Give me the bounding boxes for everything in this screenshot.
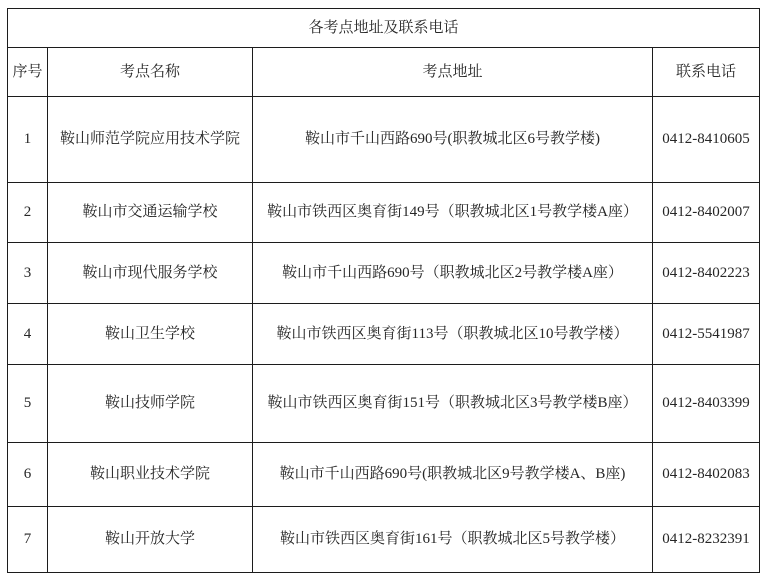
cell-phone: 0412-8232391 (653, 507, 760, 573)
cell-address: 鞍山市千山西路690号(职教城北区6号教学楼) (253, 97, 653, 183)
cell-address: 鞍山市铁西区奥育街151号（职教城北区3号教学楼B座） (253, 365, 653, 443)
table-title: 各考点地址及联系电话 (8, 9, 760, 48)
cell-site-name: 鞍山职业技术学院 (48, 443, 253, 507)
col-header-name: 考点名称 (48, 48, 253, 97)
table-header-row: 序号 考点名称 考点地址 联系电话 (8, 48, 760, 97)
cell-site-name: 鞍山卫生学校 (48, 304, 253, 365)
cell-site-name: 鞍山师范学院应用技术学院 (48, 97, 253, 183)
exam-sites-table: 各考点地址及联系电话 序号 考点名称 考点地址 联系电话 1 鞍山师范学院应用技… (7, 8, 760, 573)
cell-seq: 2 (8, 183, 48, 243)
col-header-address: 考点地址 (253, 48, 653, 97)
table-row: 3 鞍山市现代服务学校 鞍山市千山西路690号（职教城北区2号教学楼A座） 04… (8, 243, 760, 304)
table-row: 6 鞍山职业技术学院 鞍山市千山西路690号(职教城北区9号教学楼A、B座) 0… (8, 443, 760, 507)
cell-address: 鞍山市铁西区奥育街113号（职教城北区10号教学楼） (253, 304, 653, 365)
table-title-row: 各考点地址及联系电话 (8, 9, 760, 48)
col-header-phone: 联系电话 (653, 48, 760, 97)
cell-seq: 7 (8, 507, 48, 573)
cell-site-name: 鞍山市现代服务学校 (48, 243, 253, 304)
cell-address: 鞍山市铁西区奥育街149号（职教城北区1号教学楼A座） (253, 183, 653, 243)
col-header-seq: 序号 (8, 48, 48, 97)
cell-phone: 0412-8403399 (653, 365, 760, 443)
cell-seq: 3 (8, 243, 48, 304)
cell-phone: 0412-5541987 (653, 304, 760, 365)
table-row: 1 鞍山师范学院应用技术学院 鞍山市千山西路690号(职教城北区6号教学楼) 0… (8, 97, 760, 183)
cell-seq: 4 (8, 304, 48, 365)
cell-address: 鞍山市千山西路690号（职教城北区2号教学楼A座） (253, 243, 653, 304)
cell-address: 鞍山市铁西区奥育街161号（职教城北区5号教学楼） (253, 507, 653, 573)
cell-site-name: 鞍山技师学院 (48, 365, 253, 443)
cell-site-name: 鞍山市交通运输学校 (48, 183, 253, 243)
table-row: 4 鞍山卫生学校 鞍山市铁西区奥育街113号（职教城北区10号教学楼） 0412… (8, 304, 760, 365)
cell-seq: 5 (8, 365, 48, 443)
table-row: 5 鞍山技师学院 鞍山市铁西区奥育街151号（职教城北区3号教学楼B座） 041… (8, 365, 760, 443)
cell-seq: 6 (8, 443, 48, 507)
cell-seq: 1 (8, 97, 48, 183)
cell-phone: 0412-8410605 (653, 97, 760, 183)
cell-address: 鞍山市千山西路690号(职教城北区9号教学楼A、B座) (253, 443, 653, 507)
table-row: 7 鞍山开放大学 鞍山市铁西区奥育街161号（职教城北区5号教学楼） 0412-… (8, 507, 760, 573)
document-page: 各考点地址及联系电话 序号 考点名称 考点地址 联系电话 1 鞍山师范学院应用技… (0, 0, 766, 583)
cell-site-name: 鞍山开放大学 (48, 507, 253, 573)
cell-phone: 0412-8402223 (653, 243, 760, 304)
table-row: 2 鞍山市交通运输学校 鞍山市铁西区奥育街149号（职教城北区1号教学楼A座） … (8, 183, 760, 243)
cell-phone: 0412-8402007 (653, 183, 760, 243)
cell-phone: 0412-8402083 (653, 443, 760, 507)
